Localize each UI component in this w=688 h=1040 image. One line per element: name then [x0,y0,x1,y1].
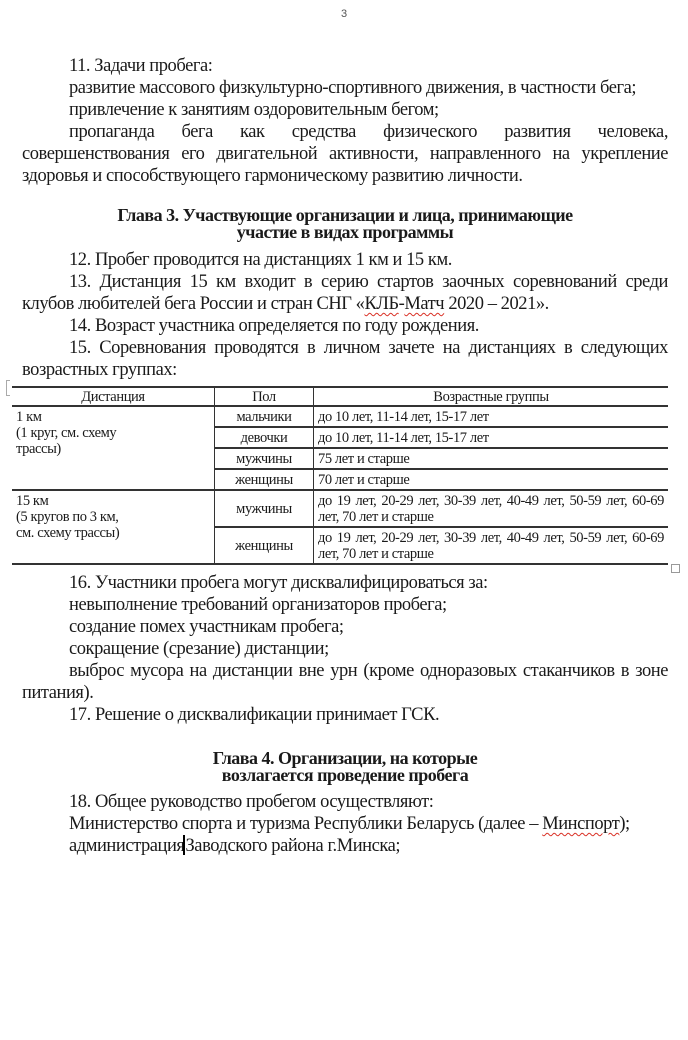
paragraph-17: 17. Решение о дисквалификации принимает … [22,704,668,726]
header-sex: Пол [215,387,314,406]
groups-cell: до 10 лет, 11-14 лет, 15-17 лет [314,406,669,427]
document-body[interactable]: 11. Задачи пробега: развитие массового ф… [22,55,668,857]
ministry-text-end: ); [619,814,629,834]
spellcheck-flag-match[interactable]: Матч [404,294,444,314]
table-resize-handle[interactable] [671,564,680,573]
groups-cell: до 19 лет, 20-29 лет, 30-39 лет, 40-49 л… [314,490,669,527]
chapter-4-heading-line-2: возлагается проведение пробега [222,765,468,785]
spellcheck-flag-klb[interactable]: КЛБ [364,294,398,314]
chapter-4-heading: Глава 4. Организации, на которые возлага… [22,750,668,784]
section-11-item-1: развитие массового физкультурно-спортивн… [22,77,668,99]
section-11-item-3: пропаганда бега как средства физического… [22,121,668,187]
page-number: 3 [0,8,688,20]
distance-1km-cell: 1 км (1 круг, см. схему трассы) [12,406,215,490]
paragraph-13-end: 2020 – 2021». [444,294,549,314]
administration-text-end: Заводского района г.Минска; [185,836,400,856]
chapter-3-heading: Глава 3. Участвующие организации и лица,… [22,207,668,241]
distance-15km-note-1: (5 кругов по 3 км, [16,509,119,525]
distance-1km-note-1: (1 круг, см. схему [16,425,116,441]
age-groups-table: Дистанция Пол Возрастные группы 1 км (1 … [12,386,668,565]
paragraph-13-text: 13. Дистанция 15 км входит в серию старт… [22,272,668,314]
spellcheck-flag-minsport[interactable]: Минспорт [542,814,619,834]
groups-cell: 70 лет и старше [314,469,669,490]
header-distance: Дистанция [12,387,215,406]
section-16-item-2: создание помех участникам пробега; [22,616,668,638]
table-header-row: Дистанция Пол Возрастные группы [12,387,668,406]
sex-cell: мужчины [215,448,314,469]
chapter-3-heading-line-2: участие в видах программы [237,222,453,242]
groups-cell: до 10 лет, 11-14 лет, 15-17 лет [314,427,669,448]
table-move-handle[interactable] [6,380,10,396]
section-16-item-1: невыполнение требований организаторов пр… [22,594,668,616]
header-age-groups: Возрастные группы [314,387,669,406]
sex-cell: мужчины [215,490,314,527]
sex-cell: женщины [215,469,314,490]
sex-cell: мальчики [215,406,314,427]
age-groups-table-wrapper: Дистанция Пол Возрастные группы 1 км (1 … [12,386,668,565]
section-16-item-3: сокращение (срезание) дистанции; [22,638,668,660]
groups-cell: до 19 лет, 20-29 лет, 30-39 лет, 40-49 л… [314,527,669,564]
distance-15km-label: 15 км [16,493,48,509]
paragraph-18-item-1: Министерство спорта и туризма Республики… [22,813,668,835]
paragraph-18: 18. Общее руководство пробегом осуществл… [22,791,668,813]
administration-text: администрация [69,836,184,856]
distance-1km-label: 1 км [16,409,42,425]
paragraph-14: 14. Возраст участника определяется по го… [22,315,668,337]
section-11-item-2: привлечение к занятиям оздоровительным б… [22,99,668,121]
distance-15km-note-2: см. схему трассы) [16,525,119,541]
table-row: 1 км (1 круг, см. схему трассы) мальчики… [12,406,668,427]
ministry-text: Министерство спорта и туризма Республики… [69,814,542,834]
paragraph-12: 12. Пробег проводится на дистанциях 1 км… [22,249,668,271]
section-16-title: 16. Участники пробега могут дисквалифици… [22,572,668,594]
groups-cell: 75 лет и старше [314,448,669,469]
paragraph-15: 15. Соревнования проводятся в личном зач… [22,337,668,381]
table-row: 15 км (5 кругов по 3 км, см. схему трасс… [12,490,668,527]
section-11-title: 11. Задачи пробега: [22,55,668,77]
sex-cell: девочки [215,427,314,448]
distance-15km-cell: 15 км (5 кругов по 3 км, см. схему трасс… [12,490,215,564]
sex-cell: женщины [215,527,314,564]
paragraph-18-item-2: администрацияЗаводского района г.Минска; [22,835,668,857]
paragraph-13: 13. Дистанция 15 км входит в серию старт… [22,271,668,315]
distance-1km-note-2: трассы) [16,441,61,457]
section-16-item-4: выброс мусора на дистанции вне урн (кром… [22,660,668,704]
